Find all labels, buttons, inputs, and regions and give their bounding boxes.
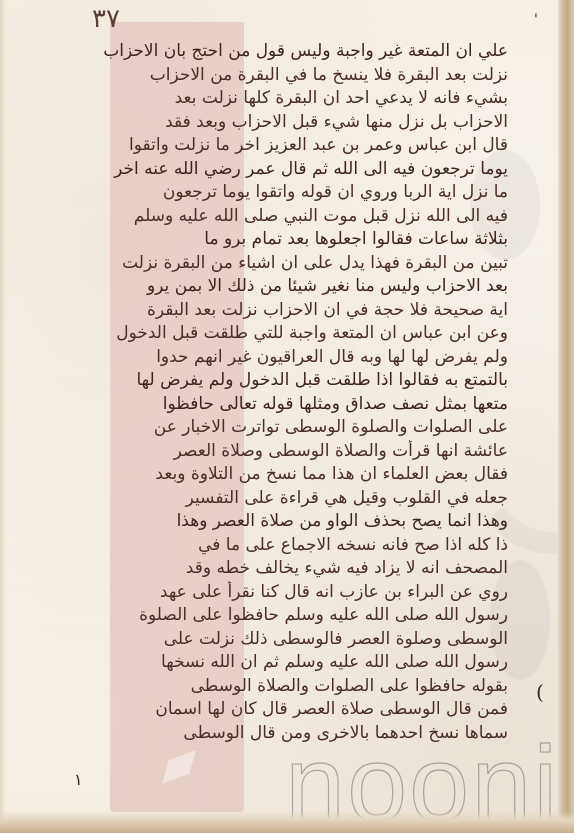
text-line: تبين من البقرة فهذا يدل على ان اشياء من … [40, 252, 508, 276]
text-line: ما نزل اية الربا وروي ان قوله واتقوا يوم… [40, 181, 508, 205]
text-line: عائشة انها قرأت والصلاة الوسطى وصلاة الع… [40, 440, 508, 464]
text-line: فيه الى الله نزل قبل موت النبي صلى الله … [40, 205, 508, 229]
page-binding-edge [558, 0, 574, 833]
text-line: اية صحيحة فلا حجة في ان الاحزاب نزلت بعد… [40, 299, 508, 323]
text-line: روي عن البراء بن عازب انه قال كنا نقرأ ع… [40, 581, 508, 605]
text-line: بالتمتع به فقالوا اذا طلقت قبل الدخول ول… [40, 369, 508, 393]
text-line: رسول الله صلى الله عليه وسلم حافظوا على … [40, 604, 508, 628]
margin-mark-top: ' [534, 12, 538, 28]
text-line: جعله في القلوب وقيل هي قراءة على التفسير [40, 487, 508, 511]
page-number: ٣٧ [92, 4, 120, 34]
text-line: رسول الله صلى الله عليه وسلم ثم ان الله … [40, 651, 508, 675]
margin-mark-bracket: ( [536, 680, 544, 704]
text-line: بشيء فانه لا يدعي احد ان البقرة كلها نزل… [40, 87, 508, 111]
text-line: بقوله حافظوا على الصلوات والصلاة الوسطى [40, 675, 508, 699]
margin-mark-bottom: ١ [74, 770, 83, 789]
text-line: ذا كله اذا صح فانه نسخه الاجماع على ما ف… [40, 534, 508, 558]
text-line: وعن ابن عباس ان المتعة واجبة للتي طلقت ق… [40, 322, 508, 346]
chevron-icon [162, 750, 196, 784]
text-line: ولم يفرض لها لها وبه قال العراقيون غير ا… [40, 346, 508, 370]
text-line: فقال بعض العلماء ان هذا مما نسخ من التلا… [40, 463, 508, 487]
text-line: يوما ترجعون فيه الى الله ثم قال عمر رضي … [40, 158, 508, 182]
manuscript-text-block: علي ان المتعة غير واجبة وليس قول من احتج… [40, 40, 508, 745]
page-bottom-edge [0, 811, 574, 833]
text-line: نزلت بعد البقرة فلا ينسخ ما في البقرة من… [40, 64, 508, 88]
text-line: قال ابن عباس وعمر بن عبد العزيز اخر ما ن… [40, 134, 508, 158]
text-line: بعد الاحزاب وليس منا نغير شيئا من ذلك ال… [40, 275, 508, 299]
text-line: بثلاثة ساعات فقالوا اجعلوها بعد تمام برو… [40, 228, 508, 252]
text-line: المصحف انه لا يزاد فيه شيء يخالف خطه وقد [40, 557, 508, 581]
text-line: الوسطى وصلوة العصر فالوسطى ذلك نزلت على [40, 628, 508, 652]
text-line: متعها بمثل نصف صداق ومثلها قوله تعالى حا… [40, 393, 508, 417]
text-line: فمن قال الوسطى صلاة العصر قال كان لها اس… [40, 698, 508, 722]
manuscript-page: ٣٧ علي ان المتعة غير واجبة وليس قول من ا… [0, 0, 574, 833]
text-line: علي ان المتعة غير واجبة وليس قول من احتج… [40, 40, 508, 64]
page-left-edge [0, 0, 6, 833]
text-line: وهذا انما يصح بحذف الواو من صلاة العصر و… [40, 510, 508, 534]
text-line: على الصلوات والصلوة الوسطى تواترت الاخبا… [40, 416, 508, 440]
text-line: الاحزاب بل نزل منها شيء قبل الاحزاب وبعد… [40, 111, 508, 135]
